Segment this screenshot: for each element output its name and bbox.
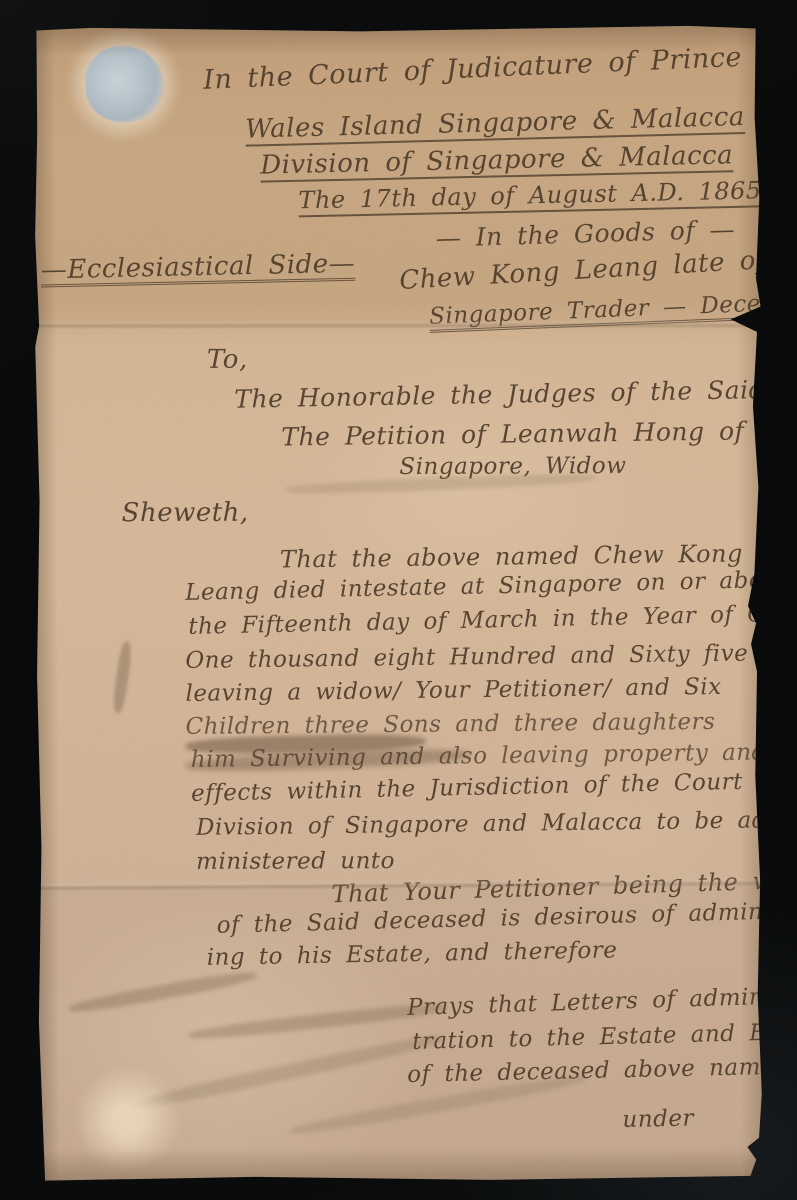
addressee-line: The Honorable the Judges of the Said Cou… <box>234 373 797 413</box>
body-line-smudged: him Surviving and also leaving property … <box>191 739 767 773</box>
paper-edge-shading <box>33 24 766 1183</box>
scanned-document-photo: In the Court of Judicature of Prince of … <box>0 0 797 1200</box>
court-header-line-4: The 17th day of August A.D. 1865 <box>298 176 762 214</box>
deceased-name-line: Chew Kong Leang late of <box>399 245 767 296</box>
petition-of-line: The Petition of Leanwah Hong of <box>281 416 744 451</box>
body-line: effects within the Jurisdiction of the C… <box>191 768 780 807</box>
ink-smudge <box>112 641 134 714</box>
prayer-line: tration to the Estate and Effects <box>412 1018 797 1055</box>
body-line: Leang died intestate at Singapore on or … <box>185 567 789 606</box>
court-header-line-1: In the Court of Judicature of Prince of <box>203 40 785 96</box>
ink-smudge <box>185 733 425 755</box>
body-line-smudged: Children three Sons and three daughters <box>185 709 715 740</box>
catchword-under: under <box>622 1105 694 1133</box>
ink-smudge <box>185 747 470 774</box>
seal-halo <box>61 25 186 144</box>
body-line: ministered unto <box>196 848 395 875</box>
ink-bleedthrough <box>285 472 595 496</box>
prayer-line: Prays that Letters of adminis- <box>407 983 793 1021</box>
document-page: In the Court of Judicature of Prince of … <box>33 24 766 1183</box>
body-line: That the above named Chew Kong <box>280 539 743 573</box>
paper-tone-band-top <box>33 24 762 326</box>
ecclesiastical-side-label: —Ecclesiastical Side— <box>40 249 355 286</box>
fold-crease <box>37 879 765 891</box>
body-line: One thousand eight Hundred and Sixty fiv… <box>185 641 748 674</box>
prayer-line: of the deceased above named <box>407 1054 790 1088</box>
body-line: the Fifteenth day of March in the Year o… <box>188 600 797 640</box>
embossed-seal-mark <box>86 46 164 122</box>
paper-stain <box>72 1067 182 1172</box>
in-the-goods-of-line: — In the Goods of — <box>435 215 735 253</box>
sheweth-line: Sheweth, <box>122 498 249 529</box>
body-line: That Your Petitioner being the widow <box>331 865 797 908</box>
court-header-line-3: Division of Singapore & Malacca <box>260 140 733 180</box>
paper-texture <box>33 24 766 1183</box>
ink-bleedthrough <box>68 968 257 1016</box>
ink-bleedthrough <box>289 1071 587 1138</box>
ink-bleedthrough <box>130 1031 446 1114</box>
ink-bleedthrough <box>188 1000 448 1042</box>
court-header-line-2: Wales Island Singapore & Malacca <box>245 102 745 145</box>
body-line: ing to his Estate, and therefore <box>206 937 617 971</box>
body-line: of the Said deceased is desirous of admi… <box>216 897 797 938</box>
body-line: leaving a widow/ Your Petitioner/ and Si… <box>185 674 721 707</box>
deceased-description-line: Singapore Trader — Deceased <box>429 289 797 330</box>
petitioner-place-line: Singapore, Widow <box>399 453 626 480</box>
fold-crease <box>35 322 763 330</box>
to-line: To, <box>207 345 248 375</box>
paper-tone-band-bottom <box>37 883 766 1183</box>
body-line: Division of Singapore and Malacca to be … <box>196 807 776 841</box>
